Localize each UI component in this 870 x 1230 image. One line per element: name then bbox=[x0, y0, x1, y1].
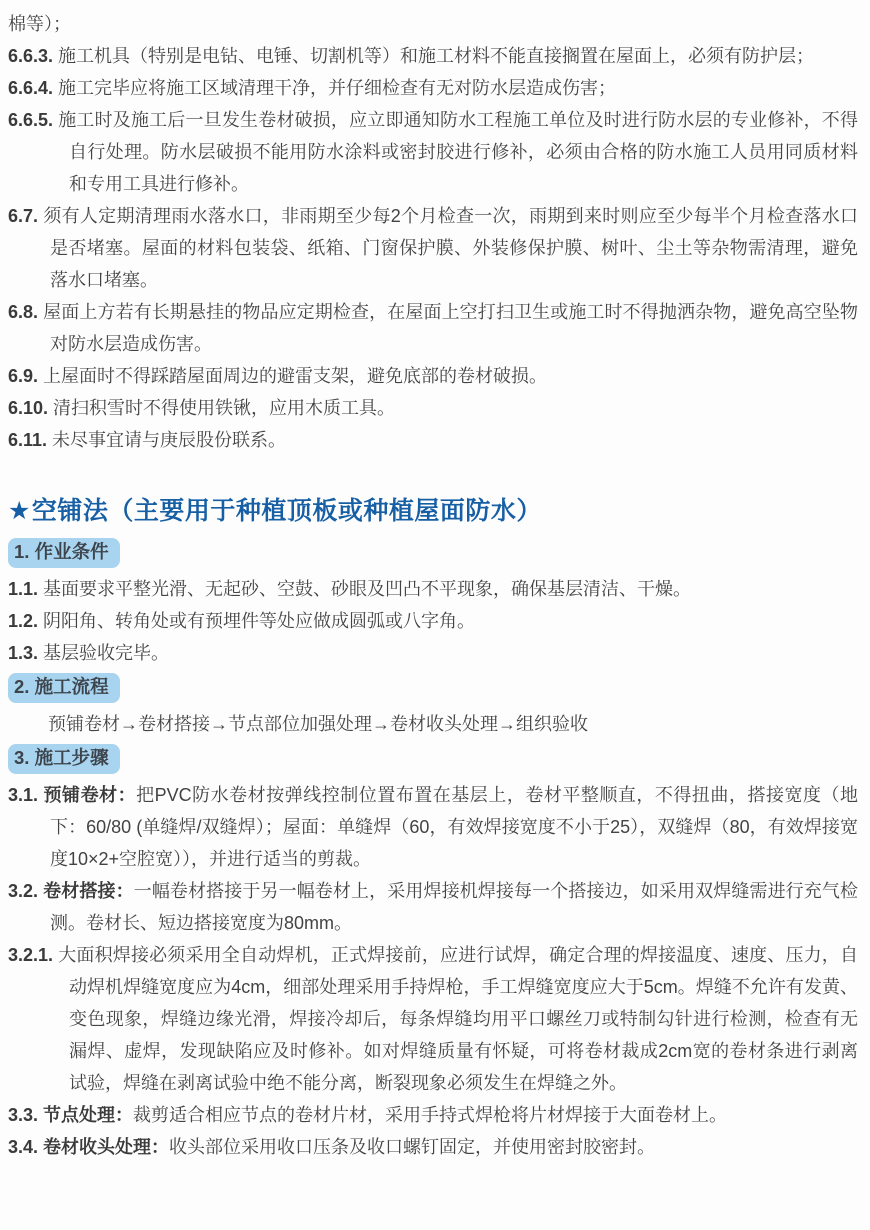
item-text: 收头部位采用收口压条及收口螺钉固定，并使用密封胶密封。 bbox=[169, 1137, 655, 1157]
list-item-3-3: 3.3. 节点处理：裁剪适合相应节点的卷材片材，采用手持式焊枪将片材焊接于大面卷… bbox=[8, 1099, 858, 1131]
item-text: 裁剪适合相应节点的卷材片材，采用手持式焊枪将片材焊接于大面卷材上。 bbox=[133, 1105, 727, 1125]
item-label: 节点处理： bbox=[43, 1105, 133, 1125]
list-item-1-2: 1.2. 阴阳角、转角处或有预埋件等处应做成圆弧或八字角。 bbox=[8, 605, 858, 637]
item-text: 清扫积雪时不得使用铁锹，应用木质工具。 bbox=[53, 398, 395, 418]
item-number: 3.1. bbox=[8, 785, 44, 805]
item-number: 6.10. bbox=[8, 398, 53, 418]
list-item-6-6-3: 6.6.3. 施工机具（特别是电钻、电锤、切割机等）和施工材料不能直接搁置在屋面… bbox=[8, 40, 858, 72]
item-number: 6.7. bbox=[8, 206, 43, 226]
item-text: 上屋面时不得踩踏屋面周边的避雷支架，避免底部的卷材破损。 bbox=[43, 366, 547, 386]
item-label: 卷材搭接： bbox=[43, 881, 134, 901]
item-number: 3.3. bbox=[8, 1105, 43, 1125]
item-number: 3.4. bbox=[8, 1137, 43, 1157]
item-text: 施工时及施工后一旦发生卷材破损，应立即通知防水工程施工单位及时进行防水层的专业修… bbox=[58, 110, 858, 194]
subsection-chip-row: 2. 施工流程 bbox=[8, 673, 858, 704]
list-item-6-6-4: 6.6.4. 施工完毕应将施工区域清理干净，并仔细检查有无对防水层造成伤害； bbox=[8, 72, 858, 104]
item-number: 6.6.3. bbox=[8, 46, 58, 66]
item-label: 卷材收头处理： bbox=[43, 1137, 169, 1157]
item-number: 1.3. bbox=[8, 643, 43, 663]
subsection-chip: 3. 施工步骤 bbox=[8, 744, 120, 774]
item-number: 1.1. bbox=[8, 579, 43, 599]
item-text: 基层验收完毕。 bbox=[43, 643, 169, 663]
item-number: 1.2. bbox=[8, 611, 43, 631]
list-item-6-6-5: 6.6.5. 施工时及施工后一旦发生卷材破损，应立即通知防水工程施工单位及时进行… bbox=[8, 104, 858, 200]
list-item-3-1: 3.1. 预铺卷材：把PVC防水卷材按弹线控制位置布置在基层上，卷材平整顺直，不… bbox=[8, 779, 858, 875]
item-number: 3.2.1. bbox=[8, 945, 58, 965]
item-text: 阴阳角、转角处或有预埋件等处应做成圆弧或八字角。 bbox=[43, 611, 475, 631]
document-body: 棉等）；6.6.3. 施工机具（特别是电钻、电锤、切割机等）和施工材料不能直接搁… bbox=[8, 8, 858, 1163]
item-text: 把PVC防水卷材按弹线控制位置布置在基层上，卷材平整顺直，不得扭曲，搭接宽度（地… bbox=[50, 785, 858, 869]
item-text: 基面要求平整光滑、无起砂、空鼓、砂眼及凹凸不平现象，确保基层清洁、干燥。 bbox=[43, 579, 691, 599]
item-number: 6.6.4. bbox=[8, 78, 58, 98]
item-text: 大面积焊接必须采用全自动焊机，正式焊接前，应进行试焊，确定合理的焊接温度、速度、… bbox=[58, 945, 858, 1093]
item-label: 预铺卷材： bbox=[44, 785, 137, 805]
item-number: 6.11. bbox=[8, 430, 52, 450]
list-item-6-9: 6.9. 上屋面时不得踩踏屋面周边的避雷支架，避免底部的卷材破损。 bbox=[8, 360, 858, 392]
item-number: 6.8. bbox=[8, 302, 43, 322]
list-item-6-10: 6.10. 清扫积雪时不得使用铁锹，应用木质工具。 bbox=[8, 392, 858, 424]
item-text: 一幅卷材搭接于另一幅卷材上，采用焊接机焊接每一个搭接边，如采用双焊缝需进行充气检… bbox=[50, 881, 858, 933]
item-number: 6.6.5. bbox=[8, 110, 58, 130]
item-text: 须有人定期清理雨水落水口，非雨期至少每2个月检查一次，雨期到来时则应至少每半个月… bbox=[43, 206, 858, 290]
list-item-3-2: 3.2. 卷材搭接：一幅卷材搭接于另一幅卷材上，采用焊接机焊接每一个搭接边，如采… bbox=[8, 875, 858, 939]
document-page: 棉等）；6.6.3. 施工机具（特别是电钻、电锤、切割机等）和施工材料不能直接搁… bbox=[0, 0, 870, 1230]
section-heading: ★空铺法（主要用于种植顶板或种植屋面防水） bbox=[8, 494, 858, 528]
star-icon: ★ bbox=[8, 497, 31, 525]
process-flow-line: 预铺卷材→卷材搭接→节点部位加强处理→卷材收头处理→组织验收 bbox=[8, 708, 858, 740]
item-text: 屋面上方若有长期悬挂的物品应定期检查，在屋面上空打扫卫生或施工时不得抛洒杂物，避… bbox=[43, 302, 858, 354]
list-item-6-7: 6.7. 须有人定期清理雨水落水口，非雨期至少每2个月检查一次，雨期到来时则应至… bbox=[8, 200, 858, 296]
subsection-chip-row: 1. 作业条件 bbox=[8, 538, 858, 569]
continuation-text: 棉等）； bbox=[8, 8, 858, 40]
list-item-3-2-1: 3.2.1. 大面积焊接必须采用全自动焊机，正式焊接前，应进行试焊，确定合理的焊… bbox=[8, 939, 858, 1099]
item-text: 施工机具（特别是电钻、电锤、切割机等）和施工材料不能直接搁置在屋面上，必须有防护… bbox=[58, 46, 814, 66]
list-item-1-3: 1.3. 基层验收完毕。 bbox=[8, 637, 858, 669]
subsection-chip: 1. 作业条件 bbox=[8, 538, 120, 568]
subsection-chip-row: 3. 施工步骤 bbox=[8, 744, 858, 775]
list-item-6-11: 6.11. 未尽事宜请与庚辰股份联系。 bbox=[8, 424, 858, 456]
section-heading-text: 空铺法（主要用于种植顶板或种植屋面防水） bbox=[32, 497, 542, 525]
item-text: 未尽事宜请与庚辰股份联系。 bbox=[52, 430, 286, 450]
item-number: 6.9. bbox=[8, 366, 43, 386]
subsection-chip: 2. 施工流程 bbox=[8, 673, 120, 703]
list-item-6-8: 6.8. 屋面上方若有长期悬挂的物品应定期检查，在屋面上空打扫卫生或施工时不得抛… bbox=[8, 296, 858, 360]
item-number: 3.2. bbox=[8, 881, 43, 901]
list-item-1-1: 1.1. 基面要求平整光滑、无起砂、空鼓、砂眼及凹凸不平现象，确保基层清洁、干燥… bbox=[8, 573, 858, 605]
list-item-3-4: 3.4. 卷材收头处理：收头部位采用收口压条及收口螺钉固定，并使用密封胶密封。 bbox=[8, 1131, 858, 1163]
item-text: 施工完毕应将施工区域清理干净，并仔细检查有无对防水层造成伤害； bbox=[58, 78, 616, 98]
